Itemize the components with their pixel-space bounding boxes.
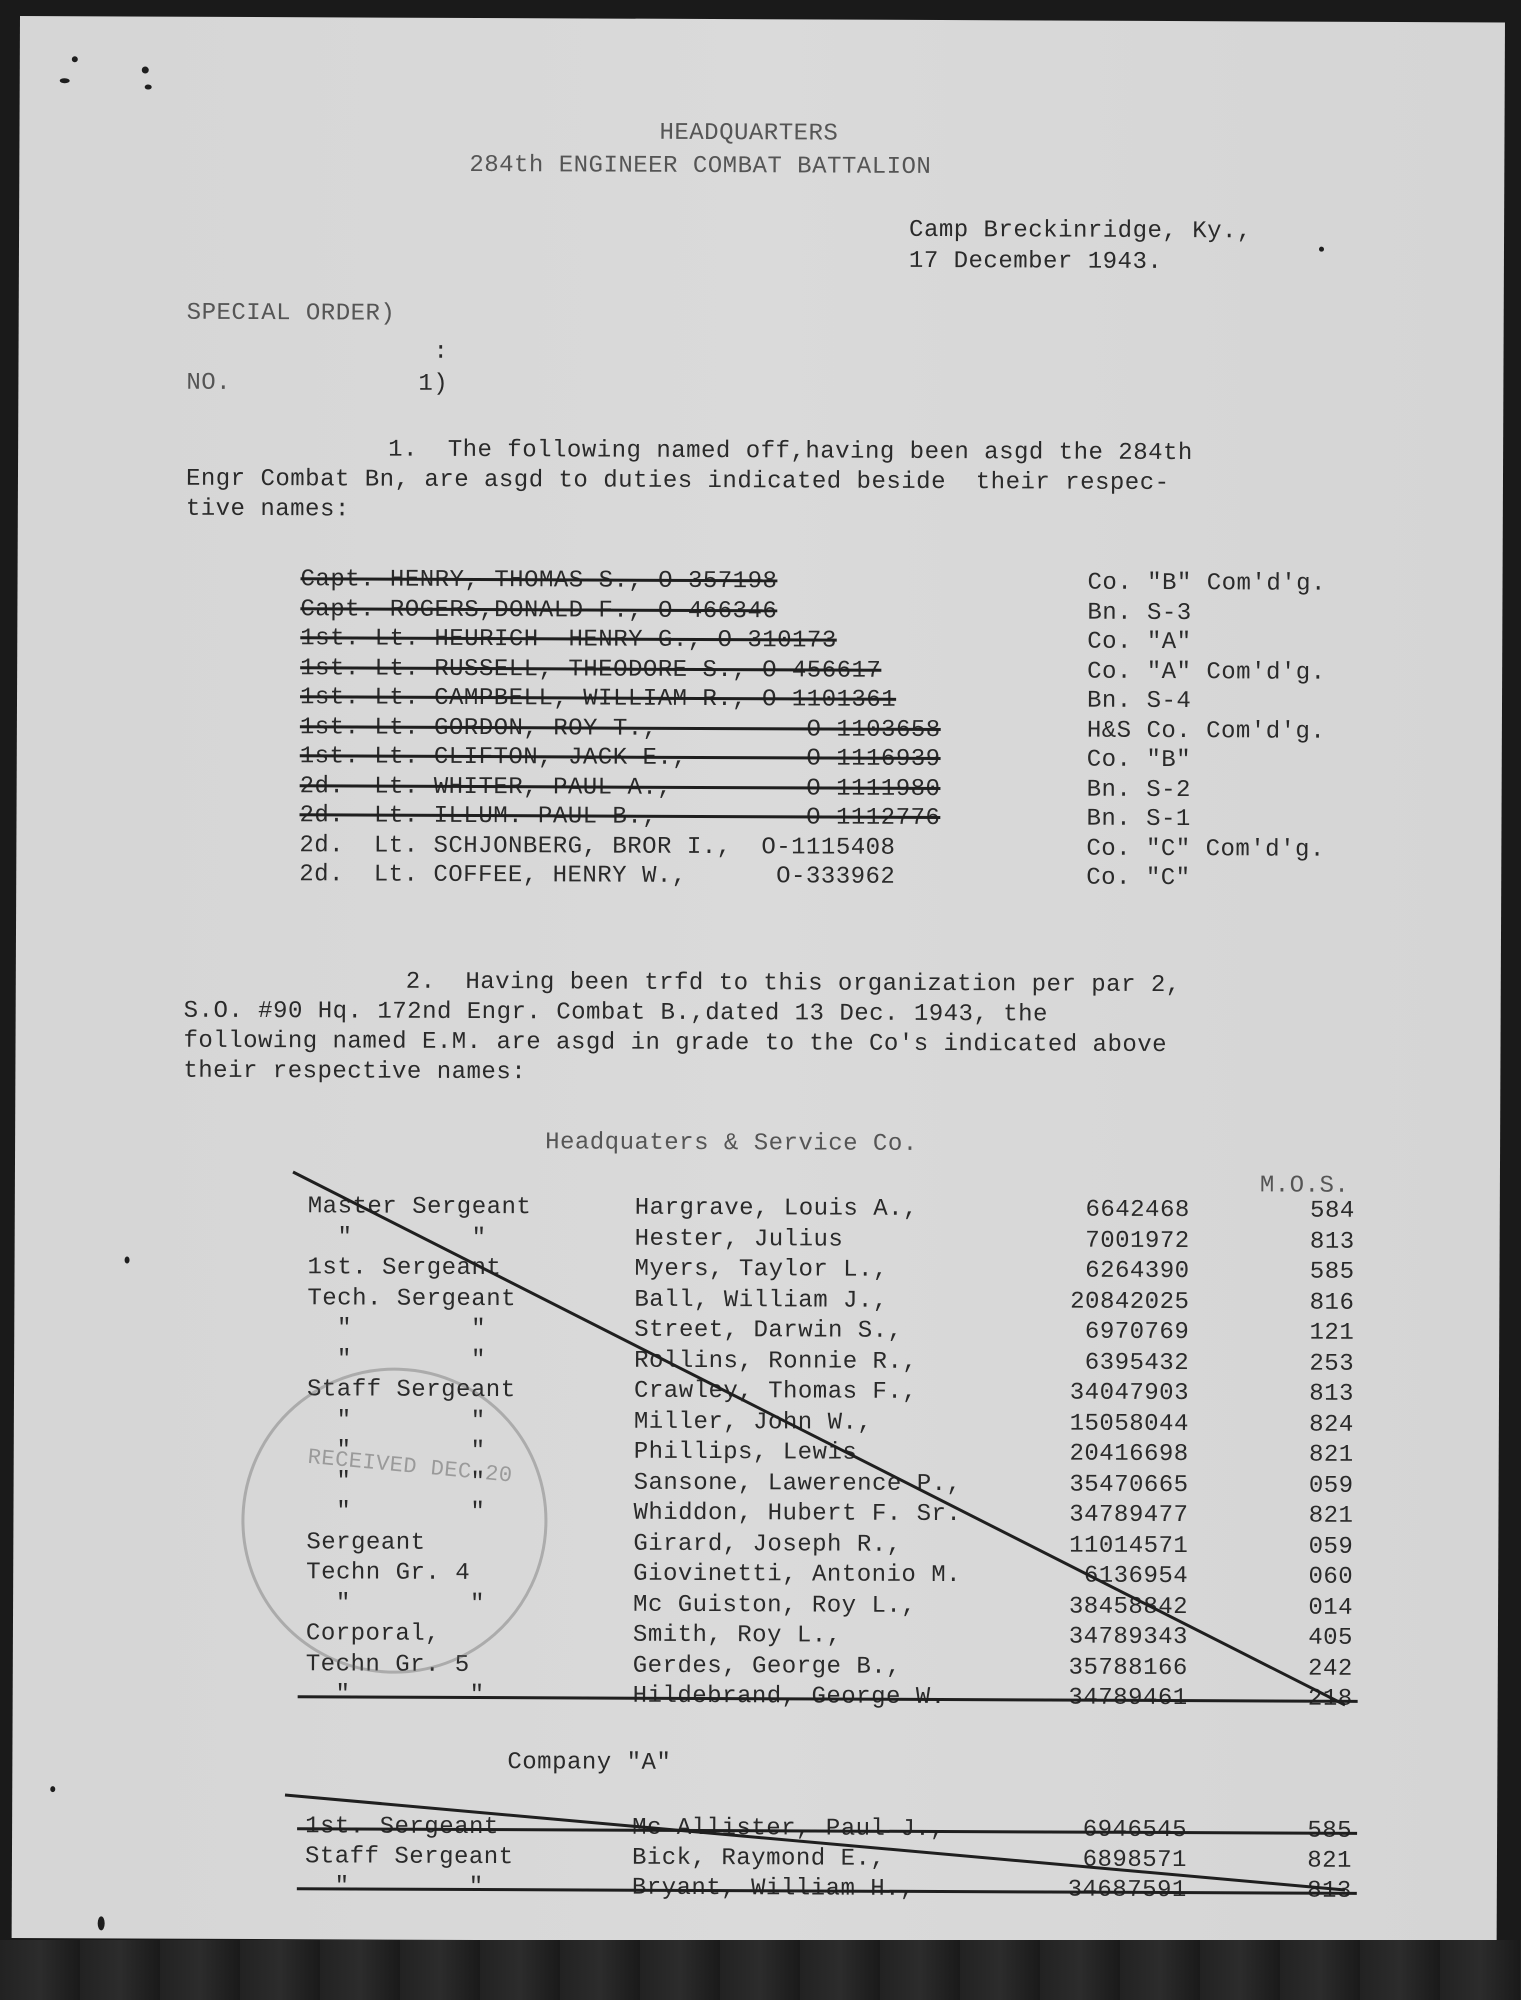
officer-duty: Co. "B"	[1087, 746, 1191, 776]
scan-border	[0, 1940, 1521, 2000]
speck	[145, 85, 152, 90]
para1-line3: tive names:	[186, 495, 350, 526]
mos-cell: 059	[1273, 1532, 1353, 1562]
officer-duty: Co. "B" Com'd'g.	[1087, 569, 1326, 600]
name-cell: Giovinetti, Antonio M.	[633, 1560, 961, 1591]
rank-cell: Staff Sergeant	[305, 1842, 514, 1873]
officer-entry: 2d. Lt. COFFEE, HENRY W., O-333962	[299, 860, 895, 893]
serial-number-cell: 7001972	[1040, 1226, 1190, 1257]
rank-cell: Master Sergeant	[308, 1192, 532, 1223]
name-cell: Whiddon, Hubert F. Sr.	[633, 1499, 961, 1530]
serial-number-cell: 20416698	[1039, 1439, 1189, 1470]
mos-cell: 121	[1274, 1318, 1354, 1348]
para2-line4: their respective names:	[183, 1057, 526, 1088]
officer-entry: 1st. Lt. GORDON, ROY T., O-1103658	[300, 713, 941, 746]
officer-entry: 2d. Lt. SCHJONBERG, BROR I., O-1115408	[299, 831, 895, 864]
speck	[142, 67, 149, 74]
officer-entry: 1st. Lt. RUSSELL, THEODORE S., O-456617	[300, 654, 881, 687]
speck	[98, 1916, 105, 1930]
serial-number-cell: 20842025	[1039, 1287, 1189, 1318]
order-label: SPECIAL ORDER)	[187, 299, 396, 330]
header-date: 17 December 1943.	[909, 247, 1162, 278]
officer-entry: Capt. ROGERS,DONALD F., O-466346	[300, 595, 777, 627]
name-cell: Street, Darwin S.,	[634, 1316, 902, 1347]
name-cell: Gerdes, George B.,	[633, 1651, 901, 1682]
officer-duty: Bn. S-1	[1086, 805, 1190, 835]
officer-list: Capt. HENRY, THOMAS S., O-357198Co. "B" …	[20, 16, 1505, 22]
mos-cell: 584	[1275, 1196, 1355, 1226]
mos-cell: 405	[1273, 1623, 1353, 1653]
mos-cell: 242	[1273, 1654, 1353, 1684]
serial-number-cell: 15058044	[1039, 1409, 1189, 1440]
name-cell: Hester, Julius	[635, 1224, 844, 1255]
company-a-title: Company "A"	[507, 1748, 671, 1779]
name-cell: Hargrave, Louis A.,	[635, 1194, 918, 1225]
rank-cell: Tech. Sergeant	[307, 1284, 516, 1315]
roster-row: " "Bryant, William H.,34687591813	[12, 1871, 1497, 1907]
roster-row: " "Hildebrand, George W.34789461218	[13, 1679, 1498, 1715]
order-number: 1)	[418, 370, 448, 400]
mos-cell: 821	[1274, 1440, 1354, 1470]
mos-cell: 813	[1274, 1379, 1354, 1409]
mos-cell: 253	[1274, 1349, 1354, 1379]
hs-company-title: Headquaters & Service Co.	[545, 1128, 918, 1160]
officer-duty: Co. "C"	[1086, 864, 1190, 894]
speck	[60, 78, 70, 83]
officer-duty: Bn. S-4	[1087, 687, 1191, 717]
company-a-roster: 1st. SergeantMc Allister, Paul J.,694654…	[20, 16, 1505, 22]
serial-number-cell: 6395432	[1039, 1348, 1189, 1379]
officer-entry: 1st. Lt. CLIFTON, JACK E., O-1116939	[300, 742, 941, 775]
officer-duty: Co. "A" Com'd'g.	[1087, 657, 1326, 688]
serial-number-cell: 6264390	[1039, 1256, 1189, 1287]
name-cell: Smith, Roy L.,	[633, 1621, 842, 1652]
name-cell: Mc Guiston, Roy L.,	[633, 1590, 916, 1621]
speck	[1319, 247, 1324, 252]
serial-number-cell: 35470665	[1039, 1470, 1189, 1501]
order-colon: :	[433, 338, 448, 368]
speck	[50, 1786, 55, 1792]
rank-cell: " "	[307, 1314, 486, 1345]
serial-number-cell: 34047903	[1039, 1378, 1189, 1409]
mos-cell: 821	[1273, 1501, 1353, 1531]
serial-number-cell: 11014571	[1038, 1531, 1188, 1562]
name-cell: Rollins, Ronnie R.,	[634, 1346, 917, 1377]
mos-cell: 813	[1275, 1227, 1355, 1257]
header-location: Camp Breckinridge, Ky.,	[909, 216, 1252, 247]
serial-number-cell: 35788166	[1038, 1653, 1188, 1684]
serial-number-cell: 6136954	[1038, 1561, 1188, 1592]
serial-number-cell: 34789477	[1038, 1500, 1188, 1531]
para1-line2: Engr Combat Bn, are asgd to duties indic…	[186, 465, 1170, 499]
speck	[72, 56, 78, 62]
serial-number-cell: 6898571	[1037, 1845, 1187, 1876]
para2-line3: following named E.M. are asgd in grade t…	[183, 1027, 1167, 1061]
name-cell: Miller, John W.,	[634, 1407, 873, 1438]
officer-duty: Bn. S-2	[1087, 775, 1191, 805]
mos-cell: 585	[1274, 1257, 1354, 1287]
name-cell: Crawley, Thomas F.,	[634, 1377, 917, 1408]
officer-duty: Bn. S-3	[1087, 598, 1191, 628]
officer-entry: 2d. Lt. WHITER, PAUL A., O-1111980	[300, 772, 941, 805]
para2-line2: S.O. #90 Hq. 172nd Engr. Combat B.,dated…	[184, 997, 1048, 1031]
officer-duty: Co. "C" Com'd'g.	[1086, 834, 1325, 865]
header-line2: 284th ENGINEER COMBAT BATTALION	[469, 151, 931, 183]
header-line1: HEADQUARTERS	[659, 119, 838, 150]
name-cell: Phillips, Lewis	[634, 1438, 858, 1469]
name-cell: Ball, William J.,	[634, 1285, 887, 1316]
officer-entry: 2d. Lt. ILLUM. PAUL B., O-1112776	[299, 801, 940, 834]
hs-company-roster: Master SergeantHargrave, Louis A.,664246…	[20, 16, 1505, 22]
officer-duty: Co. "A"	[1087, 628, 1191, 658]
mos-cell: 059	[1274, 1471, 1354, 1501]
name-cell: Sansone, Lawerence P.,	[634, 1468, 962, 1499]
serial-number-cell: 6642468	[1040, 1195, 1190, 1226]
name-cell: Girard, Joseph R.,	[633, 1529, 901, 1560]
document-page: HEADQUARTERS 284th ENGINEER COMBAT BATTA…	[12, 16, 1505, 1944]
para1-line1: 1. The following named off,having been a…	[388, 436, 1193, 470]
stamp-text: RECEIVED DEC 20	[306, 1443, 513, 1492]
rank-cell: 1st. Sergeant	[307, 1253, 501, 1284]
mos-cell: 824	[1274, 1410, 1354, 1440]
rank-cell: " "	[308, 1223, 487, 1254]
mos-cell: 816	[1274, 1288, 1354, 1318]
mos-cell: 821	[1272, 1846, 1352, 1876]
para2-line1: 2. Having been trfd to this organization…	[406, 968, 1181, 1001]
officer-entry: 1st. Lt. CAMPBELL, WILLIAM R., O-1101361	[300, 683, 896, 716]
officer-duty: H&S Co. Com'd'g.	[1087, 716, 1326, 747]
mos-cell: 060	[1273, 1562, 1353, 1592]
officer-entry: 1st. Lt. HEURICH HENRY G., O-310173	[300, 624, 837, 656]
officer-entry: Capt. HENRY, THOMAS S., O-357198	[300, 565, 777, 597]
serial-number-cell: 38458842	[1038, 1592, 1188, 1623]
serial-number-cell: 6970769	[1039, 1317, 1189, 1348]
name-cell: Bick, Raymond E.,	[632, 1844, 885, 1875]
mos-cell: 014	[1273, 1593, 1353, 1623]
serial-number-cell: 34789343	[1038, 1622, 1188, 1653]
name-cell: Myers, Taylor L.,	[634, 1255, 887, 1286]
order-number-label: NO.	[186, 369, 231, 399]
